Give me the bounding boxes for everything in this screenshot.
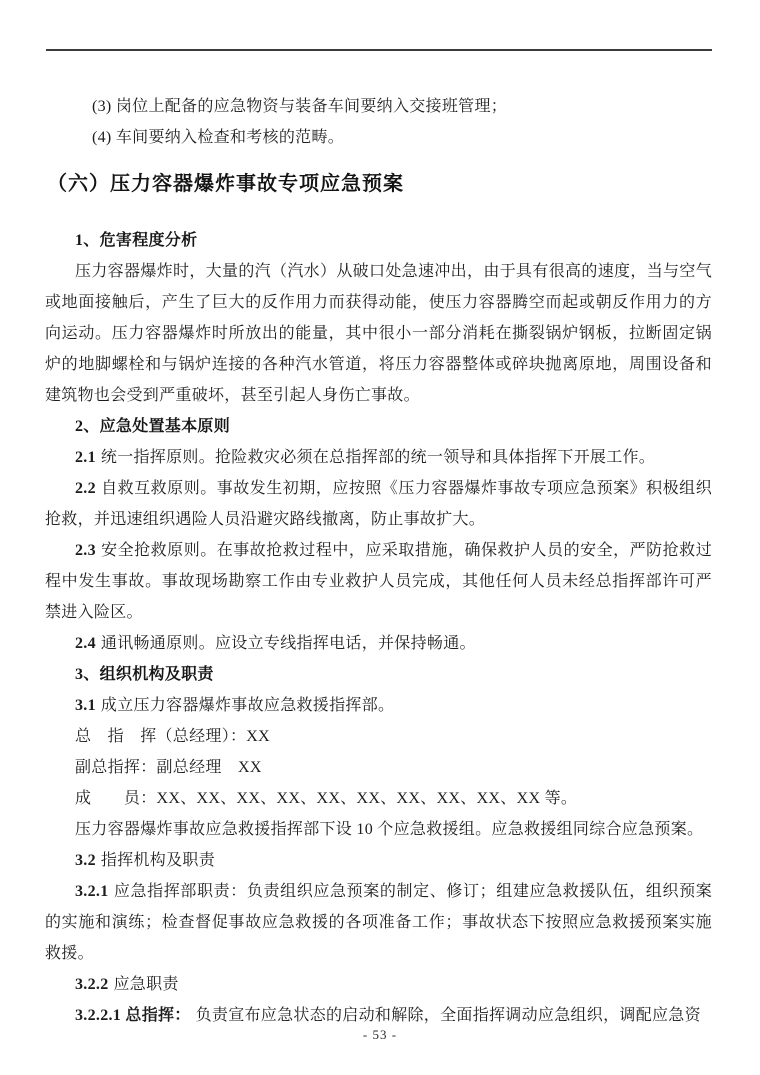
paragraph-3-2-1: 3.2.1应急指挥部职责：负责组织应急预案的制定、修订；组建应急救援队伍，组织预… (45, 876, 712, 969)
paragraph-text: 应急指挥部职责：负责组织应急预案的制定、修订；组建应急救援队伍，组织预案的实施和… (45, 883, 712, 962)
paragraph-text: 压力容器爆炸事故应急救援指挥部下设 10 个应急救援组。应急救援组同综合应急预案… (75, 821, 703, 838)
paragraph-rescue-groups: 压力容器爆炸事故应急救援指挥部下设 10 个应急救援组。应急救援组同综合应急预案… (45, 814, 712, 845)
list-item-4: (4) 车间要纳入检查和考核的范畴。 (45, 122, 712, 153)
paragraph-text: 应急职责 (114, 976, 179, 993)
subsection-title-basic-principles: 2、应急处置基本原则 (45, 411, 712, 442)
paragraph-text: 指挥机构及职责 (101, 852, 215, 869)
paragraph-text: 统一指挥原则。抢险救灾必须在总指挥部的统一领导和具体指挥下开展工作。 (101, 449, 655, 466)
paragraph-principle-2-2: 2.2自救互救原则。事故发生初期，应按照《压力容器爆炸事故专项应急预案》积极组织… (45, 473, 712, 535)
subsection-title-hazard-analysis: 1、危害程度分析 (45, 225, 712, 256)
paragraph-hazard-analysis: 压力容器爆炸时，大量的汽（汽水）从破口处急速冲出，由于具有很高的速度，当与空气或… (45, 256, 712, 411)
clause-number: 2.2 (75, 480, 96, 497)
clause-number: 2.4 (75, 635, 96, 652)
page-number: - 53 - (0, 1027, 760, 1043)
paragraph-text: 成立压力容器爆炸事故应急救援指挥部。 (101, 697, 394, 714)
document-page: (3) 岗位上配备的应急物资与装备车间要纳入交接班管理； (4) 车间要纳入检查… (0, 0, 760, 1075)
paragraph-text: 副总指挥：副总经理 XX (75, 759, 262, 776)
paragraph-text: 负责宣布应急状态的启动和解除，全面指挥调动应急组织，调配应急资 (196, 1007, 701, 1024)
clause-number: 2.3 (75, 542, 96, 559)
paragraph-principle-2-3: 2.3安全抢救原则。在事故抢救过程中，应采取措施，确保救护人员的安全，严防抢救过… (45, 535, 712, 628)
clause-number: 3.2.2 (75, 976, 109, 993)
clause-number: 3.2 (75, 852, 96, 869)
document-body: (3) 岗位上配备的应急物资与装备车间要纳入交接班管理； (4) 车间要纳入检查… (45, 91, 712, 1031)
paragraph-principle-2-1: 2.1统一指挥原则。抢险救灾必须在总指挥部的统一领导和具体指挥下开展工作。 (45, 442, 712, 473)
paragraph-text: 成 员：XX、XX、XX、XX、XX、XX、XX、XX、XX、XX 等。 (75, 790, 577, 807)
paragraph-3-2-2: 3.2.2应急职责 (45, 969, 712, 1000)
clause-number: 3.2.2.1 总指挥： (75, 1007, 191, 1024)
paragraph-3-1: 3.1成立压力容器爆炸事故应急救援指挥部。 (45, 690, 712, 721)
paragraph-text: 安全抢救原则。在事故抢救过程中，应采取措施，确保救护人员的安全，严防抢救过程中发… (45, 542, 712, 621)
header-rule (46, 49, 712, 51)
clause-number: 3.1 (75, 697, 96, 714)
role-line-deputy-commander: 副总指挥：副总经理 XX (45, 752, 712, 783)
paragraph-text: 总 指 挥（总经理）：XX (75, 728, 270, 745)
paragraph-principle-2-4: 2.4通讯畅通原则。应设立专线指挥电话，并保持畅通。 (45, 628, 712, 659)
subsection-title-organization: 3、组织机构及职责 (45, 659, 712, 690)
paragraph-text: 自救互救原则。事故发生初期，应按照《压力容器爆炸事故专项应急预案》积极组织抢救，… (45, 480, 712, 528)
list-item-3: (3) 岗位上配备的应急物资与装备车间要纳入交接班管理； (45, 91, 712, 122)
role-line-members: 成 员：XX、XX、XX、XX、XX、XX、XX、XX、XX、XX 等。 (45, 783, 712, 814)
section-heading: （六）压力容器爆炸事故专项应急预案 (45, 169, 712, 199)
paragraph-text: 压力容器爆炸时，大量的汽（汽水）从破口处急速冲出，由于具有很高的速度，当与空气或… (45, 263, 712, 404)
paragraph-text: 通讯畅通原则。应设立专线指挥电话，并保持畅通。 (101, 635, 476, 652)
clause-number: 3.2.1 (75, 883, 109, 900)
clause-number: 2.1 (75, 449, 96, 466)
paragraph-3-2: 3.2指挥机构及职责 (45, 845, 712, 876)
role-line-chief-commander: 总 指 挥（总经理）：XX (45, 721, 712, 752)
